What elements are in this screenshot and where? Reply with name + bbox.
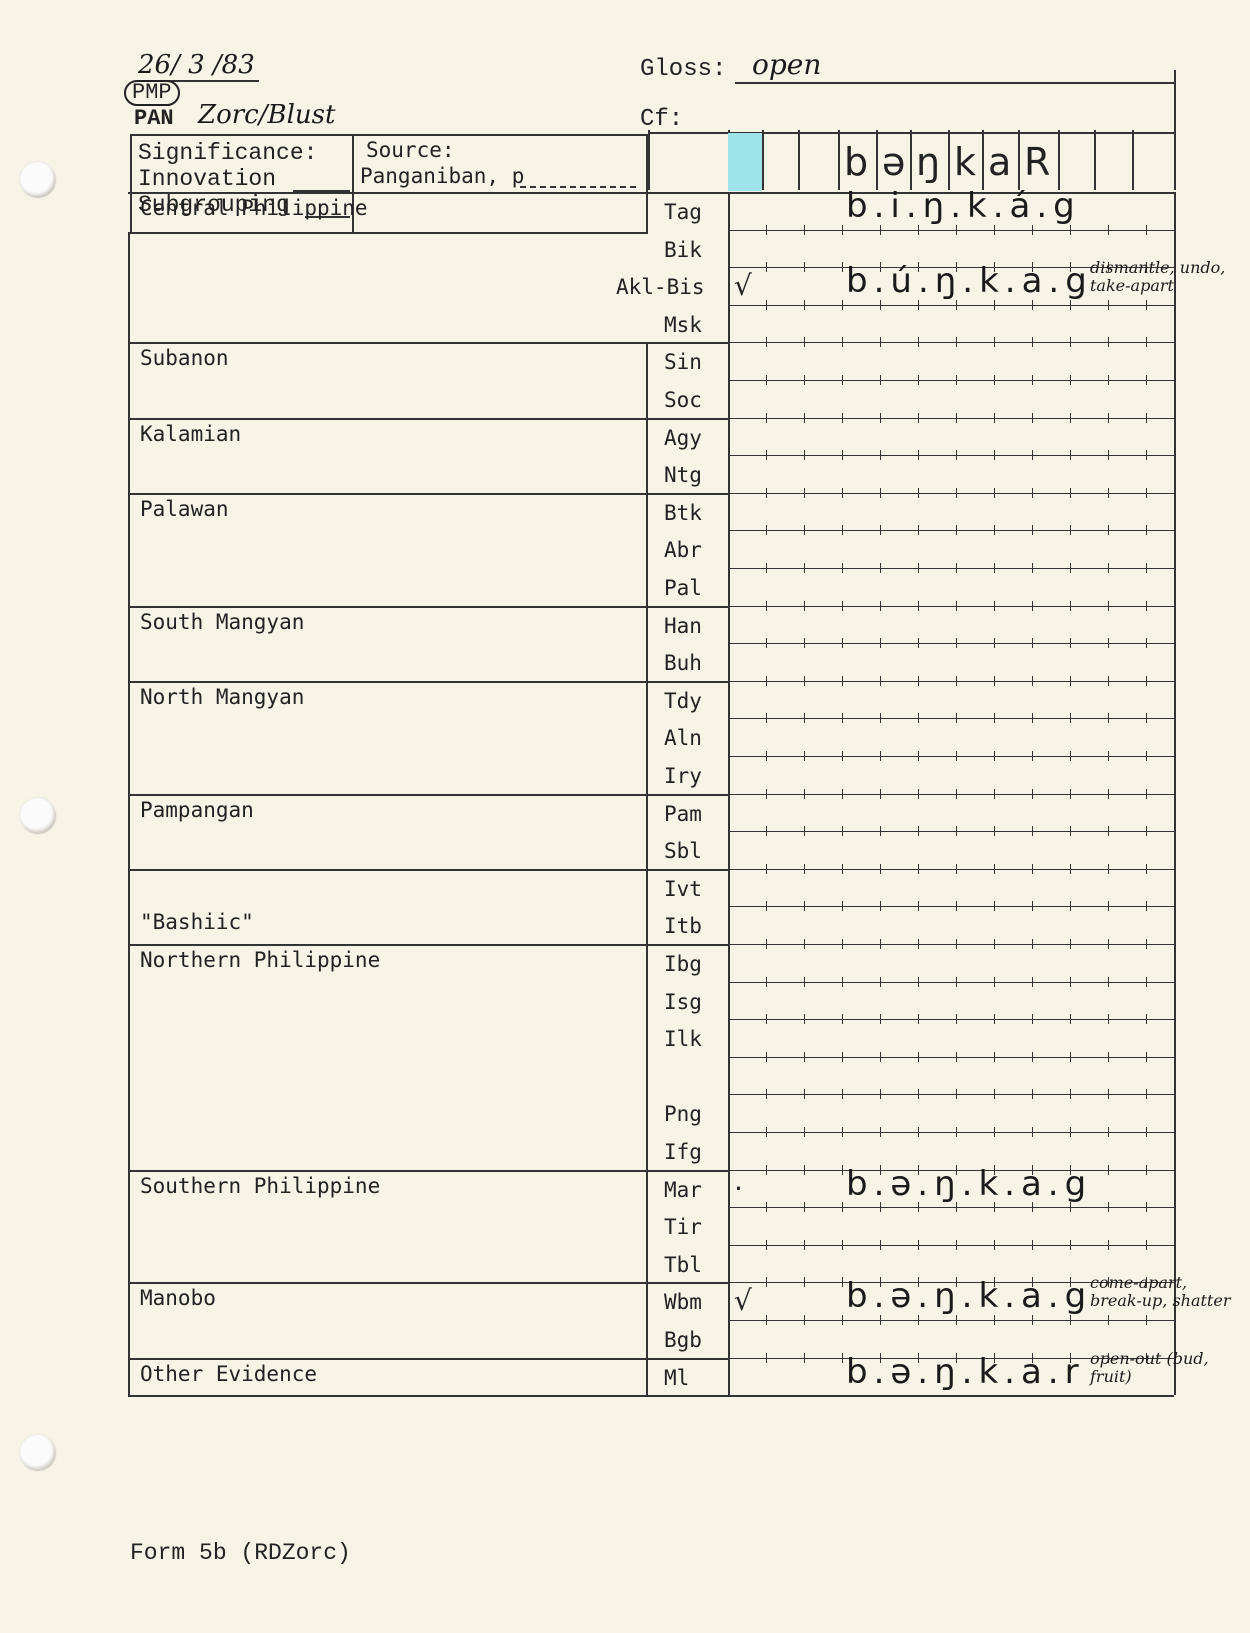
language-abbr: Sbl [664,839,702,863]
language-abbr: Buh [664,651,702,675]
language-abbr: Btk [664,501,702,525]
reconstruction-segment: a [988,140,1011,184]
date: 26/ 3 /83 [138,50,259,82]
language-abbr: Tdy [664,689,702,713]
form-footer: Form 5b (RDZorc) [130,1540,351,1566]
language-abbr: Pam [664,802,702,826]
source-value: Panganiban, p [360,164,524,188]
innovation-label: Innovation [138,166,276,192]
checkmark: · [734,1172,743,1205]
language-abbr: Tag [664,200,702,224]
language-abbr: Ivt [664,877,702,901]
reflex-gloss: dismantle, undo, take-apart [1090,259,1240,295]
language-abbr: Bik [664,238,702,262]
highlight-cell [728,133,762,191]
group-label: North Mangyan [140,685,304,709]
hole-punch [20,162,56,198]
reconstruction-segment: ə [882,140,905,184]
checkmark: √ [734,269,752,302]
authors: Zorc/Blust [198,100,335,130]
reflex-form: b.i.ŋ.k.á.g [846,186,1081,226]
reconstruction-segment: ŋ [916,140,940,184]
language-abbr: Isg [664,990,702,1014]
reflex-form: b.ə.ŋ.k.a.g [846,1276,1092,1316]
gloss-label: Gloss: [640,56,726,83]
language-abbr: Ntg [664,463,702,487]
language-abbr: Akl-Bis [616,275,705,299]
cf-label: Cf: [640,106,683,133]
hole-punch [20,798,56,834]
language-abbr: Agy [664,426,702,450]
pan-label: PAN [134,106,174,131]
group-label: Subanon [140,346,229,370]
reflex-gloss: open-out (bud, fruit) [1090,1350,1240,1386]
source-title: Source: [366,138,455,162]
reflex-form: b.ú.ŋ.k.a.g [846,261,1093,301]
group-label: Southern Philippine [140,1174,380,1198]
reflex-form: b.ə.ŋ.k.a.r [846,1352,1085,1392]
language-abbr: Ibg [664,952,702,976]
group-label: Northern Philippine [140,948,380,972]
group-label: Manobo [140,1286,216,1310]
significance-title: Significance: [138,140,317,166]
language-abbr: Ifg [664,1140,702,1164]
language-abbr: Pal [664,576,702,600]
language-abbr: Han [664,614,702,638]
reconstruction-segment: R [1024,140,1050,184]
language-abbr: Tbl [664,1253,702,1277]
language-abbr: Aln [664,726,702,750]
language-abbr: Ml [664,1366,689,1390]
gloss-underline [735,82,1175,84]
group-label: Other Evidence [140,1362,317,1386]
reflex-form: b.ə.ŋ.k.a.g [846,1164,1092,1204]
language-abbr: Bgb [664,1328,702,1352]
group-label: Central Philippine [140,196,368,220]
language-abbr: Msk [664,313,702,337]
language-abbr: Soc [664,388,702,412]
language-abbr: Wbm [664,1290,702,1314]
hole-punch [20,1435,56,1471]
reflex-gloss: come-apart, break-up, shatter [1090,1274,1240,1310]
language-abbr: Mar [664,1178,702,1202]
language-abbr: Tir [664,1215,702,1239]
group-label: Kalamian [140,422,241,446]
group-label: South Mangyan [140,610,304,634]
checkmark: √ [734,1284,752,1317]
language-abbr: Iry [664,764,702,788]
language-abbr: Itb [664,914,702,938]
language-abbr: Abr [664,538,702,562]
reconstruction-segment: b [844,140,868,184]
gloss-value: open [752,48,821,81]
language-abbr: Sin [664,350,702,374]
group-label: Palawan [140,497,229,521]
language-abbr: Ilk [664,1027,702,1051]
group-label: Pampangan [140,798,254,822]
language-abbr: Png [664,1102,702,1126]
circled-label: PMP [124,80,180,106]
reconstruction-segment: k [954,140,976,184]
group-label: "Bashiic" [140,910,254,934]
